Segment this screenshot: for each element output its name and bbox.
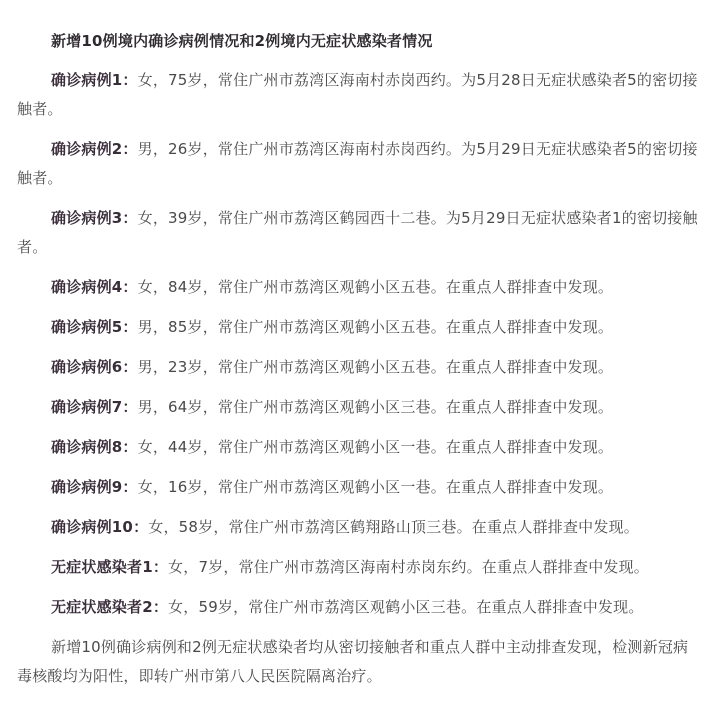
case-label: 确诊病例4： bbox=[51, 278, 138, 296]
case-text: 男，64岁，常住广州市荔湾区观鹤小区三巷。在重点人群排查中发现。 bbox=[138, 398, 614, 416]
case-text: 女，58岁，常住广州市荔湾区鹤翔路山顶三巷。在重点人群排查中发现。 bbox=[148, 518, 639, 536]
case-paragraph: 确诊病例7：男，64岁，常住广州市荔湾区观鹤小区三巷。在重点人群排查中发现。 bbox=[17, 393, 702, 422]
asymptomatic-paragraph: 无症状感染者2：女，59岁，常住广州市荔湾区观鹤小区三巷。在重点人群排查中发现。 bbox=[17, 593, 702, 622]
summary-paragraph: 新增10例确诊病例和2例无症状感染者均从密切接触者和重点人群中主动排查发现，检测… bbox=[17, 633, 702, 691]
case-paragraph: 确诊病例5：男，85岁，常住广州市荔湾区观鹤小区五巷。在重点人群排查中发现。 bbox=[17, 313, 702, 342]
article: 新增10例境内确诊病例情况和2例境内无症状感染者情况 确诊病例1：女，75岁，常… bbox=[0, 0, 722, 691]
case-text: 男，23岁，常住广州市荔湾区观鹤小区五巷。在重点人群排查中发现。 bbox=[138, 358, 614, 376]
case-text: 女，16岁，常住广州市荔湾区观鹤小区一巷。在重点人群排查中发现。 bbox=[138, 478, 614, 496]
case-label: 确诊病例1： bbox=[51, 71, 138, 89]
asymptomatic-text: 女，59岁，常住广州市荔湾区观鹤小区三巷。在重点人群排查中发现。 bbox=[168, 598, 644, 616]
case-paragraph: 确诊病例9：女，16岁，常住广州市荔湾区观鹤小区一巷。在重点人群排查中发现。 bbox=[17, 473, 702, 502]
asymptomatic-text: 女，7岁，常住广州市荔湾区海南村赤岗东约。在重点人群排查中发现。 bbox=[168, 558, 649, 576]
case-paragraph: 确诊病例6：男，23岁，常住广州市荔湾区观鹤小区五巷。在重点人群排查中发现。 bbox=[17, 353, 702, 382]
case-label: 确诊病例6： bbox=[51, 358, 138, 376]
case-label: 确诊病例2： bbox=[51, 140, 138, 158]
case-label: 确诊病例10： bbox=[51, 518, 148, 536]
asymptomatic-label: 无症状感染者1： bbox=[51, 558, 168, 576]
case-label: 确诊病例3： bbox=[51, 209, 138, 227]
asymptomatic-label: 无症状感染者2： bbox=[51, 598, 168, 616]
case-paragraph: 确诊病例3：女，39岁，常住广州市荔湾区鹤园西十二巷。为5月29日无症状感染者1… bbox=[17, 204, 702, 262]
case-label: 确诊病例8： bbox=[51, 438, 138, 456]
case-paragraph: 确诊病例1：女，75岁，常住广州市荔湾区海南村赤岗西约。为5月28日无症状感染者… bbox=[17, 66, 702, 124]
case-label: 确诊病例7： bbox=[51, 398, 138, 416]
case-paragraph: 确诊病例8：女，44岁，常住广州市荔湾区观鹤小区一巷。在重点人群排查中发现。 bbox=[17, 433, 702, 462]
case-text: 女，44岁，常住广州市荔湾区观鹤小区一巷。在重点人群排查中发现。 bbox=[138, 438, 614, 456]
case-paragraph: 确诊病例4：女，84岁，常住广州市荔湾区观鹤小区五巷。在重点人群排查中发现。 bbox=[17, 273, 702, 302]
article-title: 新增10例境内确诊病例情况和2例境内无症状感染者情况 bbox=[17, 27, 702, 56]
case-label: 确诊病例9： bbox=[51, 478, 138, 496]
asymptomatic-paragraph: 无症状感染者1：女，7岁，常住广州市荔湾区海南村赤岗东约。在重点人群排查中发现。 bbox=[17, 553, 702, 582]
case-label: 确诊病例5： bbox=[51, 318, 138, 336]
case-text: 男，85岁，常住广州市荔湾区观鹤小区五巷。在重点人群排查中发现。 bbox=[138, 318, 614, 336]
case-paragraph: 确诊病例2：男，26岁，常住广州市荔湾区海南村赤岗西约。为5月29日无症状感染者… bbox=[17, 135, 702, 193]
case-text: 女，84岁，常住广州市荔湾区观鹤小区五巷。在重点人群排查中发现。 bbox=[138, 278, 614, 296]
case-paragraph: 确诊病例10：女，58岁，常住广州市荔湾区鹤翔路山顶三巷。在重点人群排查中发现。 bbox=[17, 513, 702, 542]
